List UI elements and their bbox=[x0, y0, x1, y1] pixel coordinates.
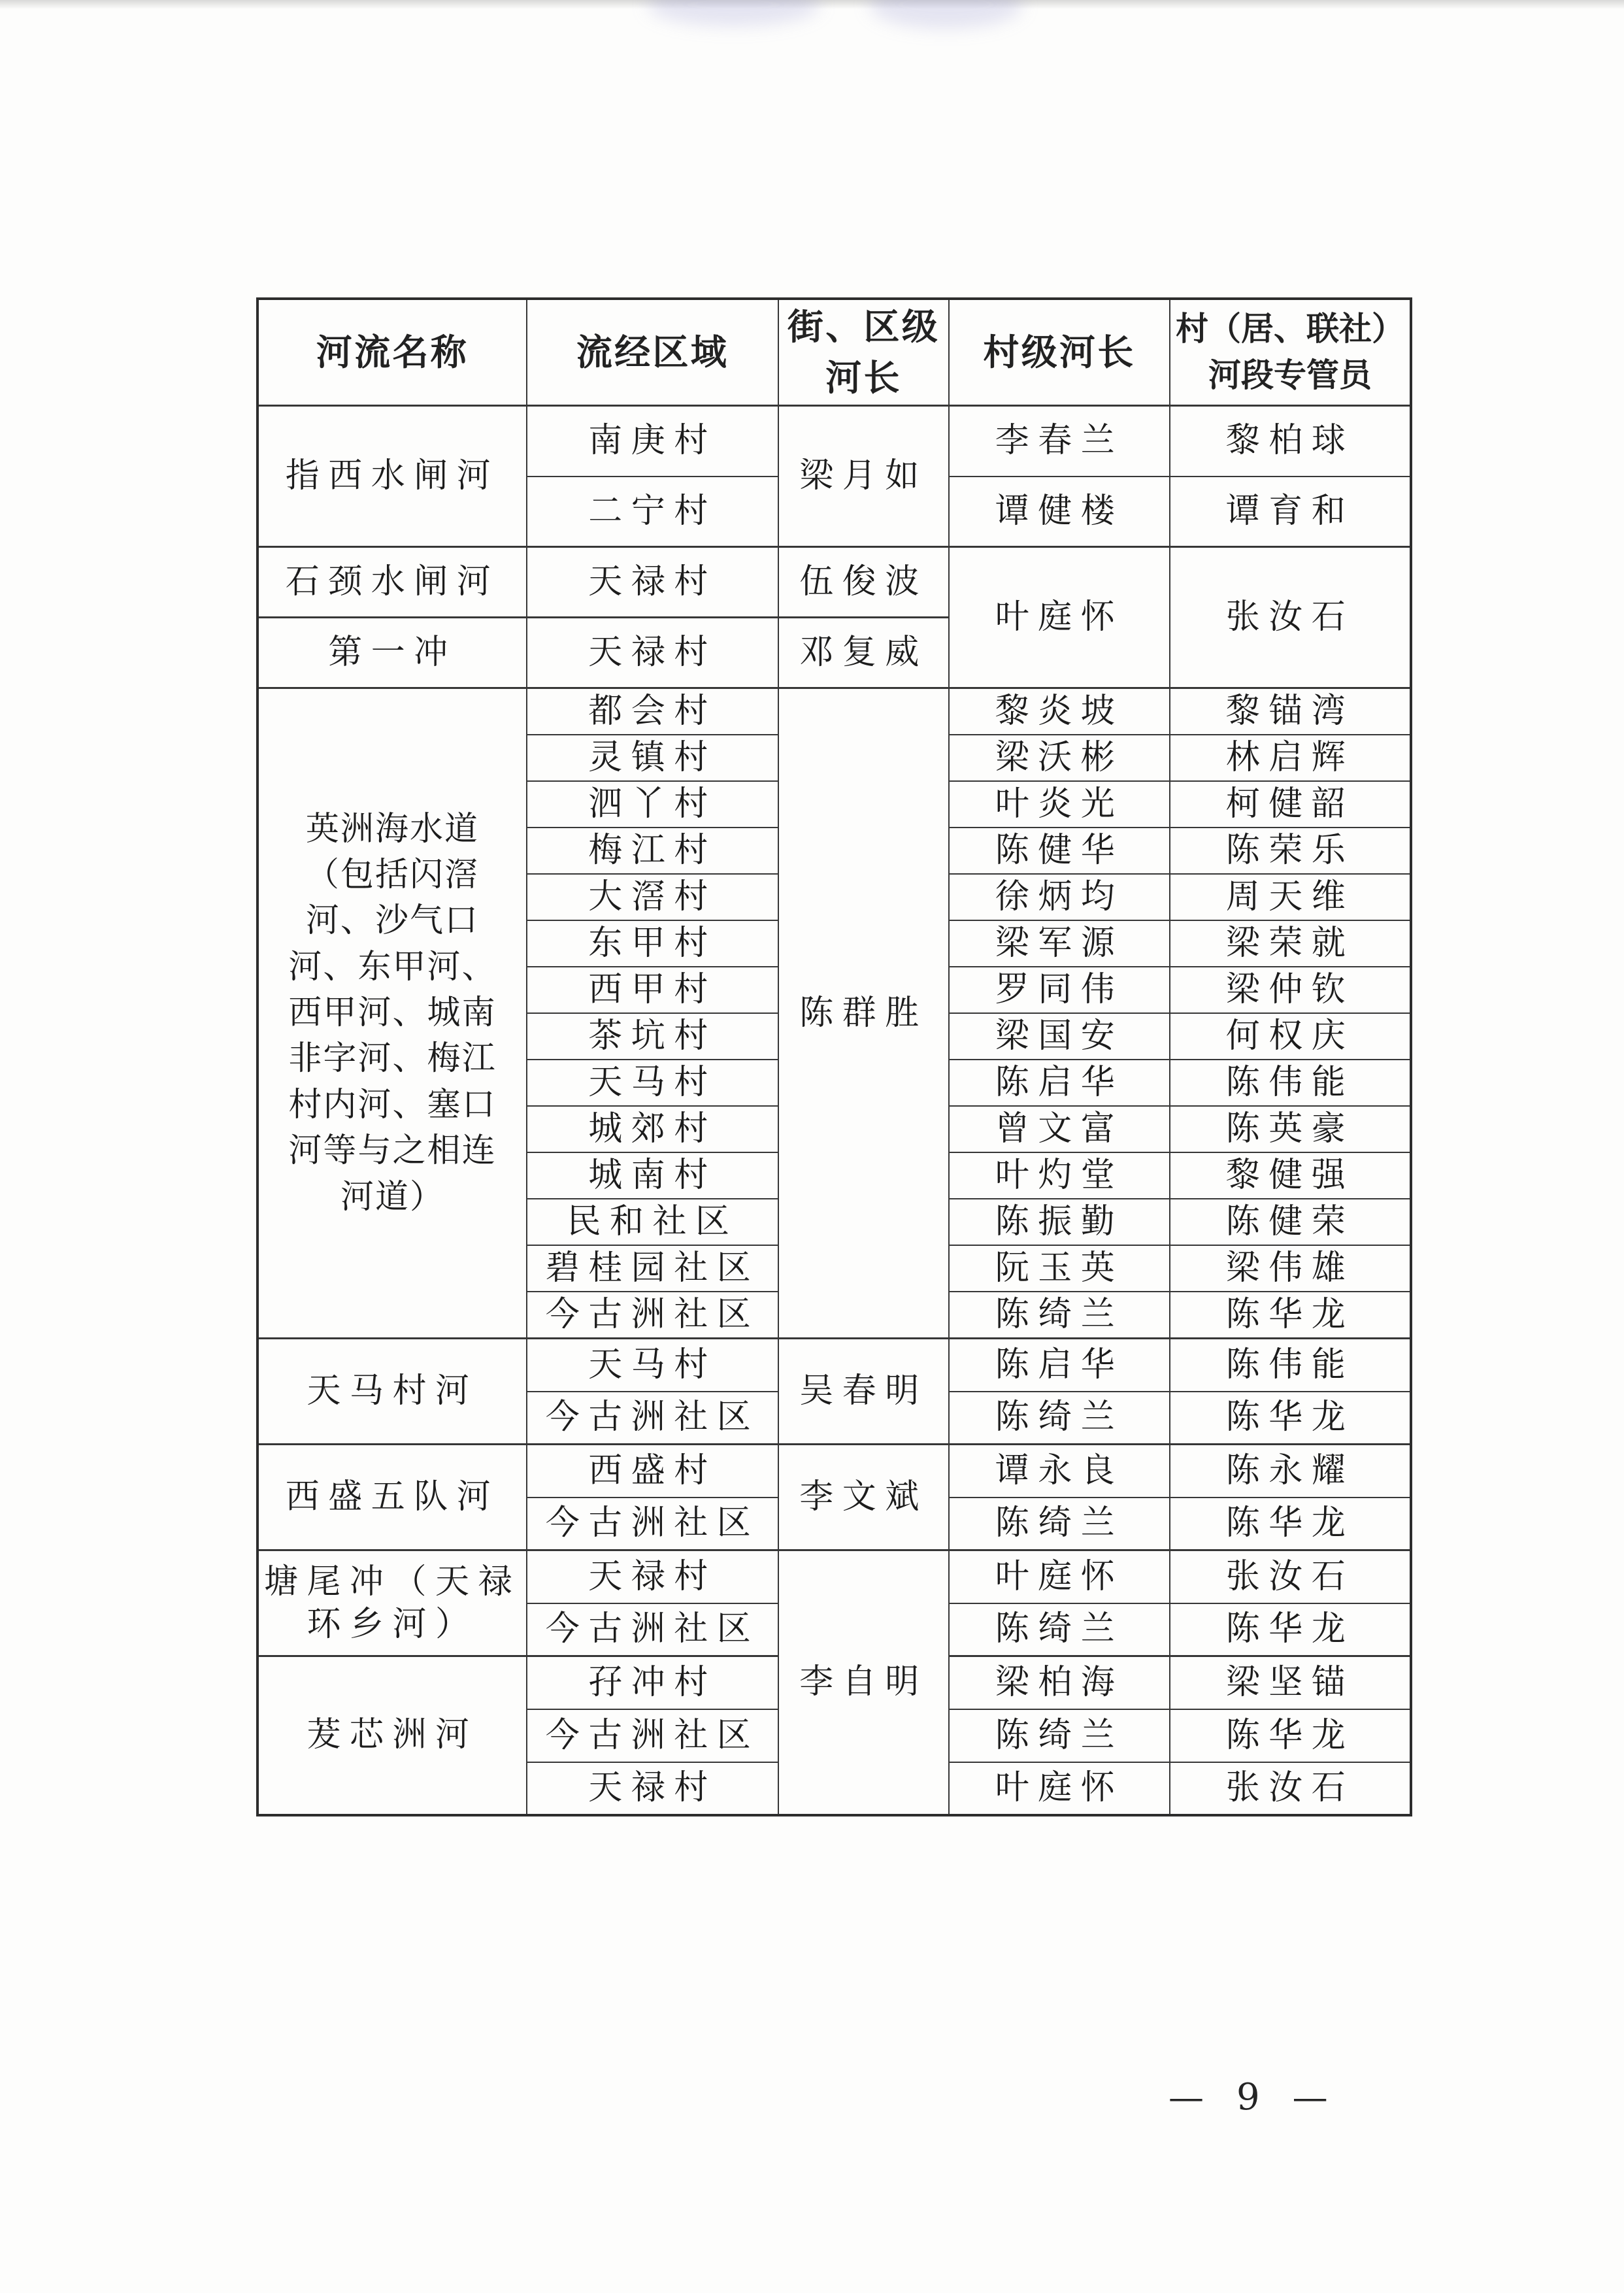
table-cell: 叶炎光 bbox=[949, 781, 1170, 828]
table-row: 指西水闸河南庚村梁月如李春兰黎柏球 bbox=[257, 406, 1411, 477]
table-cell: 天禄村 bbox=[527, 1550, 778, 1603]
table-cell: 阮玉英 bbox=[949, 1245, 1170, 1292]
table-cell: 陈绮兰 bbox=[949, 1292, 1170, 1339]
scan-smudge bbox=[647, 0, 820, 26]
table-cell: 陈启华 bbox=[949, 1339, 1170, 1392]
table-cell: 天马村河 bbox=[257, 1339, 527, 1445]
table-cell: 石颈水闸河 bbox=[257, 547, 527, 618]
table-cell: 谭健楼 bbox=[949, 477, 1170, 547]
table-cell: 陈绮兰 bbox=[949, 1709, 1170, 1762]
table-cell: 陈绮兰 bbox=[949, 1392, 1170, 1445]
table-cell: 谭育和 bbox=[1170, 477, 1411, 547]
table-cell: 大滘村 bbox=[527, 874, 778, 920]
table-cell: 徐炳均 bbox=[949, 874, 1170, 920]
table-cell: 黎锚湾 bbox=[1170, 688, 1411, 735]
table-cell: 西盛五队河 bbox=[257, 1445, 527, 1550]
table-cell: 梁月如 bbox=[778, 406, 949, 547]
table-cell: 今古洲社区 bbox=[527, 1709, 778, 1762]
table-cell: 吴春明 bbox=[778, 1339, 949, 1445]
table-cell: 灵镇村 bbox=[527, 735, 778, 781]
table-cell: 叶庭怀 bbox=[949, 1550, 1170, 1603]
table-cell: 张汝石 bbox=[1170, 1762, 1411, 1815]
table-cell: 罗同伟 bbox=[949, 967, 1170, 1013]
table-cell: 黎健强 bbox=[1170, 1152, 1411, 1199]
table-cell: 邓复威 bbox=[778, 618, 949, 688]
table-cell: 二宁村 bbox=[527, 477, 778, 547]
table-cell: 指西水闸河 bbox=[257, 406, 527, 547]
table-cell: 陈振勤 bbox=[949, 1199, 1170, 1245]
table-cell: 谭永良 bbox=[949, 1445, 1170, 1498]
table-cell: 陈华龙 bbox=[1170, 1498, 1411, 1550]
table-cell: 陈荣乐 bbox=[1170, 828, 1411, 874]
table-cell: 李文斌 bbox=[778, 1445, 949, 1550]
column-header-section-manager: 村（居、联社） 河段专管员 bbox=[1170, 299, 1411, 406]
table-cell: 陈绮兰 bbox=[949, 1603, 1170, 1656]
table-cell: 何权庆 bbox=[1170, 1013, 1411, 1060]
table-cell: 第一冲 bbox=[257, 618, 527, 688]
column-header-flow-area: 流经区域 bbox=[527, 299, 778, 406]
table-cell: 李春兰 bbox=[949, 406, 1170, 477]
table-cell: 李自明 bbox=[778, 1550, 949, 1815]
table-cell: 东甲村 bbox=[527, 920, 778, 967]
table-cell: 陈群胜 bbox=[778, 688, 949, 1339]
document-page: 河流名称 流经区域 街、区级 河长 村级河长 村（居、联社） 河段专管员 指西水… bbox=[0, 0, 1624, 2293]
table-cell: 陈绮兰 bbox=[949, 1498, 1170, 1550]
table-cell: 陈健荣 bbox=[1170, 1199, 1411, 1245]
table-cell: 陈健华 bbox=[949, 828, 1170, 874]
table-cell: 陈华龙 bbox=[1170, 1292, 1411, 1339]
table-cell: 都会村 bbox=[527, 688, 778, 735]
table-cell: 梁沃彬 bbox=[949, 735, 1170, 781]
footer-dash-right: — bbox=[1293, 2077, 1328, 2118]
table-cell: 黎炎坡 bbox=[949, 688, 1170, 735]
scan-smudge bbox=[869, 0, 1023, 29]
table-cell: 梁军源 bbox=[949, 920, 1170, 967]
column-header-river-name: 河流名称 bbox=[257, 299, 527, 406]
table-cell: 叶灼堂 bbox=[949, 1152, 1170, 1199]
table-cell: 陈华龙 bbox=[1170, 1603, 1411, 1656]
table-cell: 泗丫村 bbox=[527, 781, 778, 828]
header-row: 河流名称 流经区域 街、区级 河长 村级河长 村（居、联社） 河段专管员 bbox=[257, 299, 1411, 406]
table-row: 石颈水闸河天禄村伍俊波叶庭怀张汝石 bbox=[257, 547, 1411, 618]
table-cell: 民和社区 bbox=[527, 1199, 778, 1245]
table-cell: 陈华龙 bbox=[1170, 1392, 1411, 1445]
table-cell: 孖冲村 bbox=[527, 1656, 778, 1709]
table-cell: 今古洲社区 bbox=[527, 1603, 778, 1656]
table-cell: 张汝石 bbox=[1170, 547, 1411, 688]
table-cell: 梁荣就 bbox=[1170, 920, 1411, 967]
table-cell: 今古洲社区 bbox=[527, 1292, 778, 1339]
table-cell: 天马村 bbox=[527, 1060, 778, 1106]
table-cell: 陈伟能 bbox=[1170, 1060, 1411, 1106]
table-cell: 茶坑村 bbox=[527, 1013, 778, 1060]
table-cell: 茇芯洲河 bbox=[257, 1656, 527, 1815]
table-cell: 曾文富 bbox=[949, 1106, 1170, 1152]
table-cell: 碧桂园社区 bbox=[527, 1245, 778, 1292]
table-cell: 伍俊波 bbox=[778, 547, 949, 618]
table-row: 塘尾冲（天禄环乡河）天禄村李自明叶庭怀张汝石 bbox=[257, 1550, 1411, 1603]
table-cell: 天禄村 bbox=[527, 618, 778, 688]
table-cell: 梅江村 bbox=[527, 828, 778, 874]
table-cell: 天禄村 bbox=[527, 1762, 778, 1815]
page-footer: — 9 — bbox=[1168, 2076, 1328, 2118]
table-cell: 天马村 bbox=[527, 1339, 778, 1392]
table-cell: 今古洲社区 bbox=[527, 1498, 778, 1550]
table-cell: 塘尾冲（天禄环乡河） bbox=[257, 1550, 527, 1656]
table-cell: 城郊村 bbox=[527, 1106, 778, 1152]
river-chiefs-table: 河流名称 流经区域 街、区级 河长 村级河长 村（居、联社） 河段专管员 指西水… bbox=[256, 297, 1412, 1816]
table-cell: 城南村 bbox=[527, 1152, 778, 1199]
table-cell: 梁仲钦 bbox=[1170, 967, 1411, 1013]
table-cell: 黎柏球 bbox=[1170, 406, 1411, 477]
table-body: 指西水闸河南庚村梁月如李春兰黎柏球二宁村谭健楼谭育和石颈水闸河天禄村伍俊波叶庭怀… bbox=[257, 406, 1411, 1815]
table-cell: 梁柏海 bbox=[949, 1656, 1170, 1709]
table-cell: 西甲村 bbox=[527, 967, 778, 1013]
table-cell: 英洲海水道（包括闪滘河、沙气口河、东甲河、西甲河、城南非字河、梅江村内河、塞口河… bbox=[257, 688, 527, 1339]
table-row: 英洲海水道（包括闪滘河、沙气口河、东甲河、西甲河、城南非字河、梅江村内河、塞口河… bbox=[257, 688, 1411, 735]
table-cell: 梁国安 bbox=[949, 1013, 1170, 1060]
table-cell: 天禄村 bbox=[527, 547, 778, 618]
table-cell: 陈永耀 bbox=[1170, 1445, 1411, 1498]
table-cell: 周天维 bbox=[1170, 874, 1411, 920]
table-cell: 叶庭怀 bbox=[949, 547, 1170, 688]
table-cell: 林启辉 bbox=[1170, 735, 1411, 781]
table-cell: 南庚村 bbox=[527, 406, 778, 477]
table-header: 河流名称 流经区域 街、区级 河长 村级河长 村（居、联社） 河段专管员 bbox=[257, 299, 1411, 406]
table-cell: 梁伟雄 bbox=[1170, 1245, 1411, 1292]
table-cell: 西盛村 bbox=[527, 1445, 778, 1498]
table-cell: 陈华龙 bbox=[1170, 1709, 1411, 1762]
footer-dash-left: — bbox=[1168, 2077, 1204, 2118]
table-cell: 叶庭怀 bbox=[949, 1762, 1170, 1815]
table-cell: 梁坚锚 bbox=[1170, 1656, 1411, 1709]
column-header-street-district-chief: 街、区级 河长 bbox=[778, 299, 949, 406]
table-row: 西盛五队河西盛村李文斌谭永良陈永耀 bbox=[257, 1445, 1411, 1498]
table-cell: 陈伟能 bbox=[1170, 1339, 1411, 1392]
table-cell: 陈启华 bbox=[949, 1060, 1170, 1106]
table-cell: 柯健韶 bbox=[1170, 781, 1411, 828]
page-number: 9 bbox=[1236, 2076, 1260, 2118]
table-cell: 陈英豪 bbox=[1170, 1106, 1411, 1152]
table-cell: 今古洲社区 bbox=[527, 1392, 778, 1445]
table-row: 天马村河天马村吴春明陈启华陈伟能 bbox=[257, 1339, 1411, 1392]
table-cell: 张汝石 bbox=[1170, 1550, 1411, 1603]
column-header-village-chief: 村级河长 bbox=[949, 299, 1170, 406]
